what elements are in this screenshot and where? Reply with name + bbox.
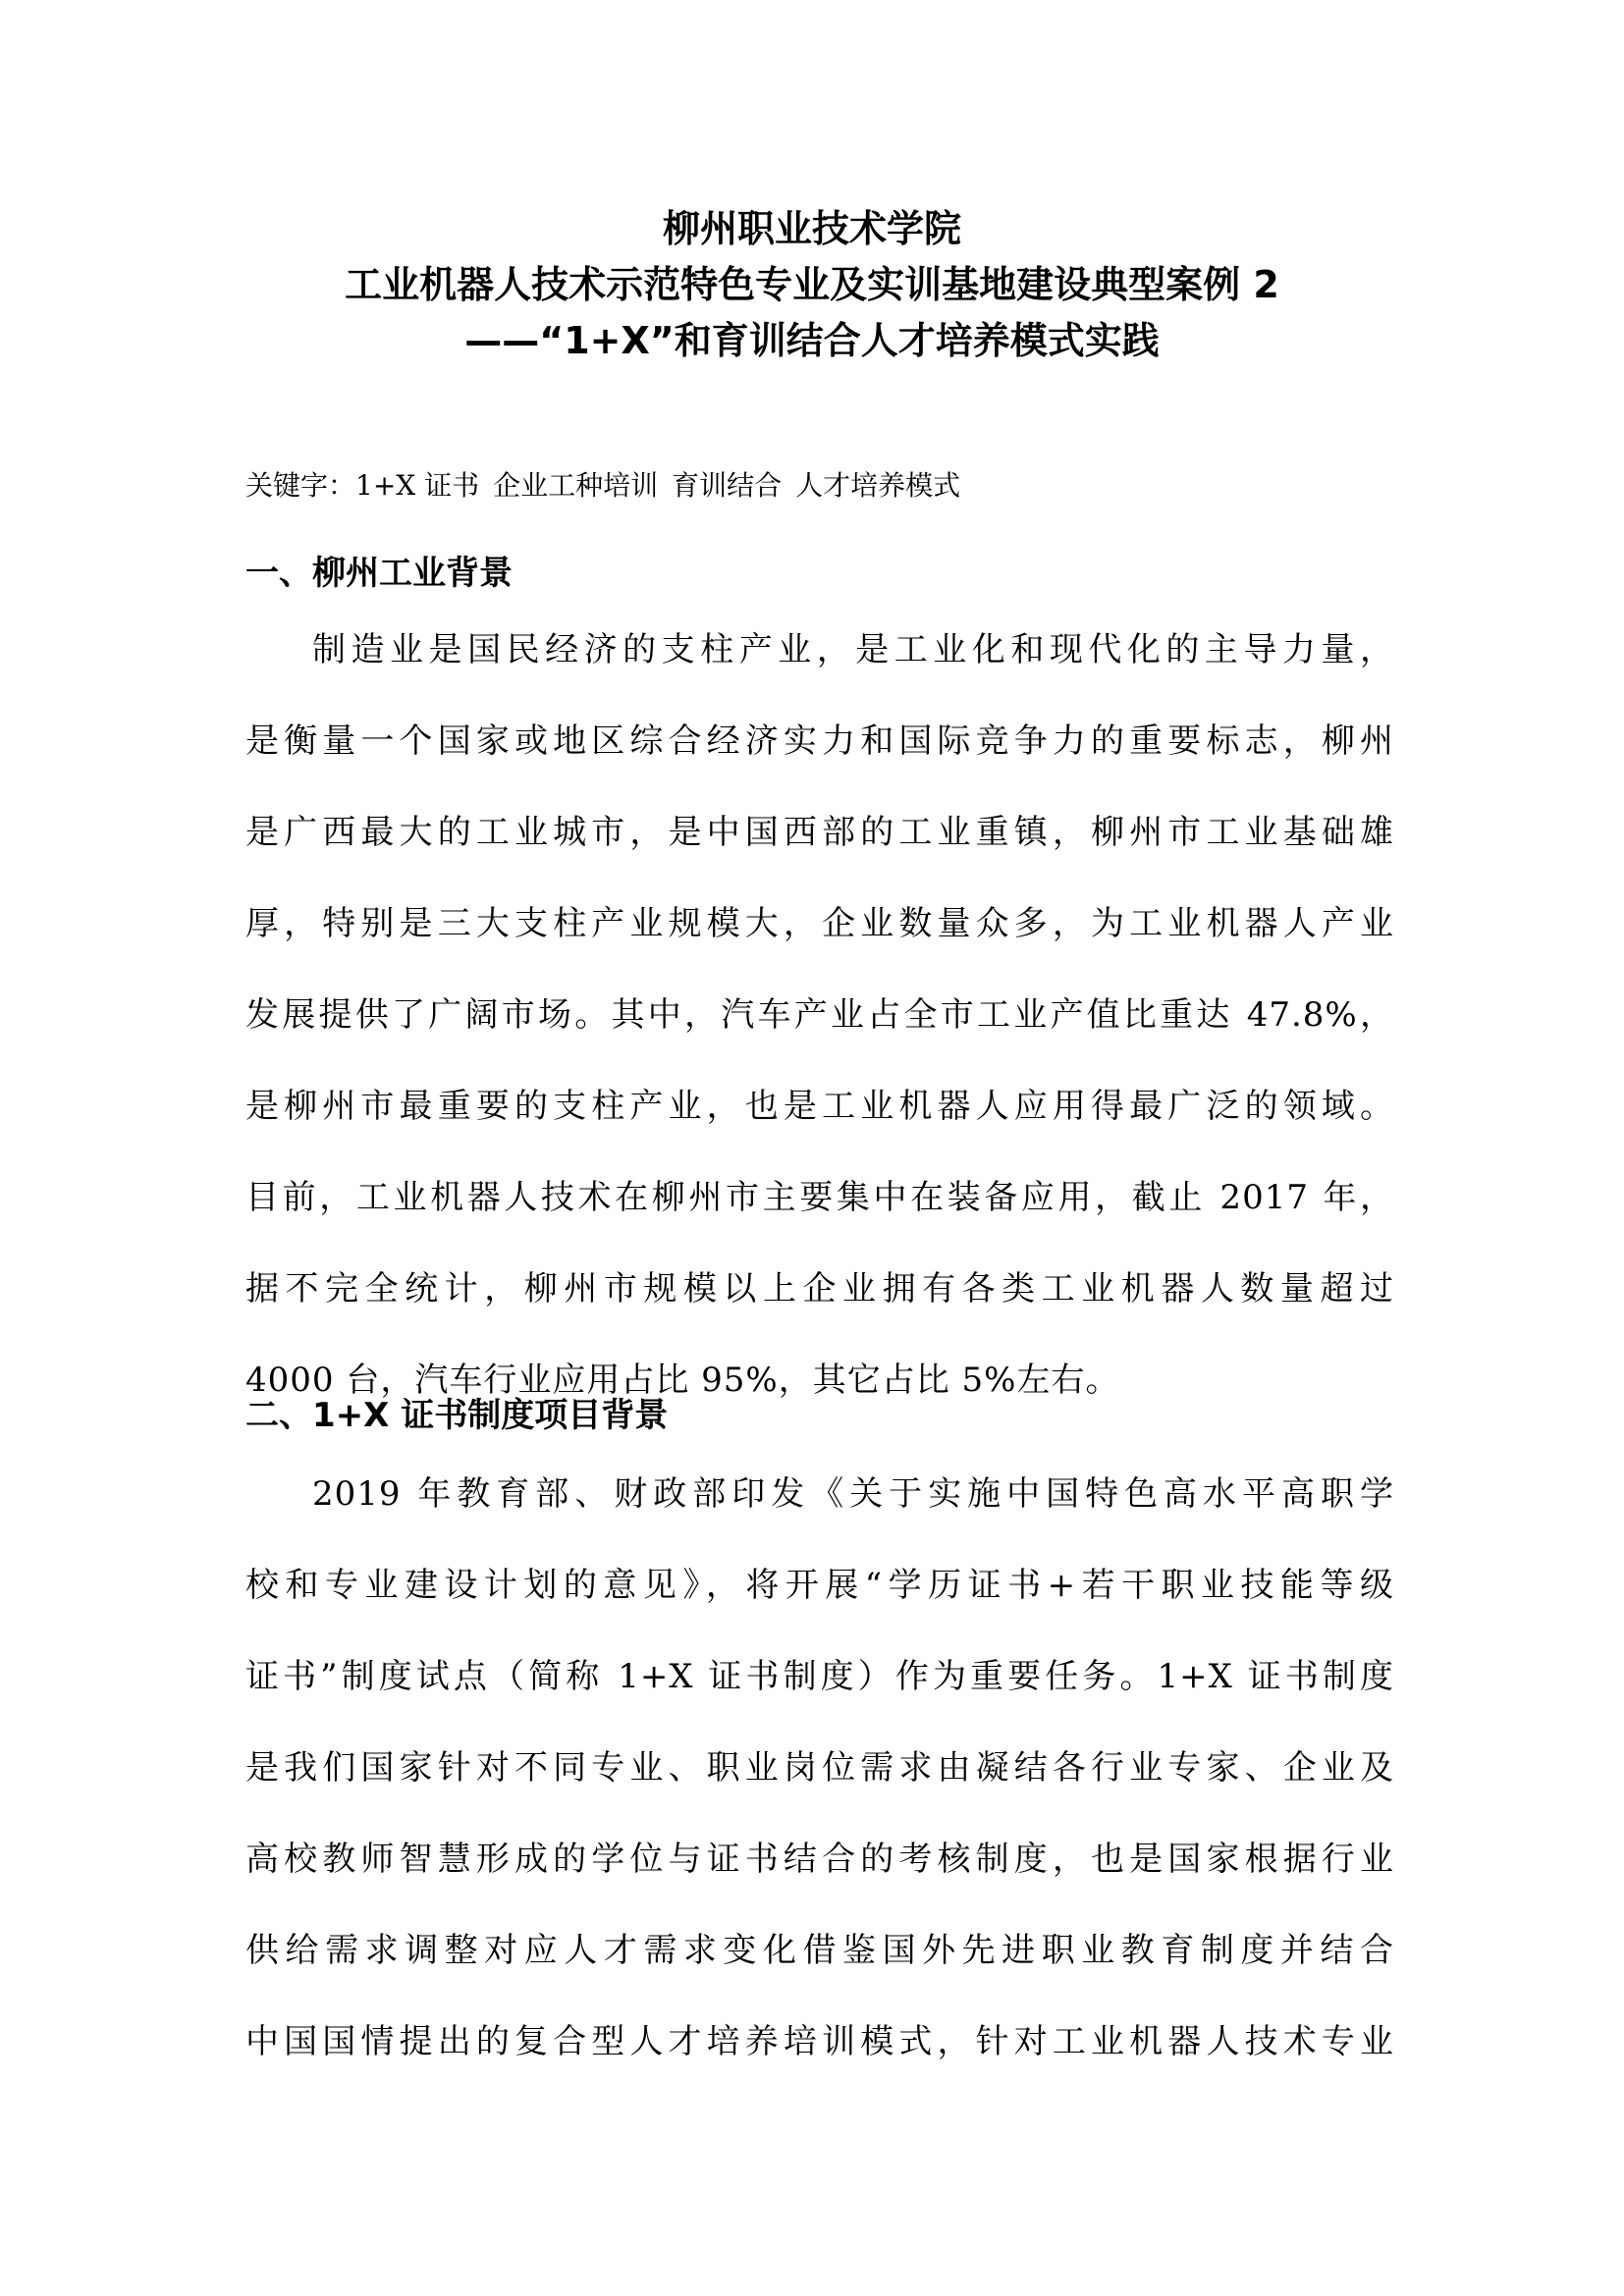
document-page: 柳州职业技术学院 工业机器人技术示范特色专业及实训基地建设典型案例 2 ——“1… — [0, 0, 1624, 2296]
paragraph-line: 2019 年教育部、财政部印发《关于实施中国特色高水平高职学 — [245, 1469, 1394, 1561]
keyword: 人才培养模式 — [795, 469, 960, 502]
paragraph-line: 厚，特别是三大支柱产业规模大，企业数量众多，为工业机器人产业 — [245, 899, 1394, 990]
paragraph-line: 是衡量一个国家或地区综合经济实力和国际竞争力的重要标志，柳州 — [245, 717, 1394, 808]
paragraph-line: 是柳州市最重要的支柱产业，也是工业机器人应用得最广泛的领域。 — [245, 1082, 1394, 1173]
keywords-label: 关键字： — [245, 469, 355, 502]
paragraph-line: 据不完全统计，柳州市规模以上企业拥有各类工业机器人数量超过 — [245, 1264, 1394, 1356]
paragraph-line: 是广西最大的工业城市，是中国西部的工业重镇，柳州市工业基础雄 — [245, 808, 1394, 899]
section-heading-1: 一、柳州工业背景 — [245, 552, 513, 595]
section-heading-2: 二、1+X 证书制度项目背景 — [245, 1394, 668, 1437]
title-main: 工业机器人技术示范特色专业及实训基地建设典型案例 2 — [0, 257, 1624, 313]
section-2-paragraph: 2019 年教育部、财政部印发《关于实施中国特色高水平高职学 校和专业建设计划的… — [245, 1469, 1394, 2109]
paragraph-line: 中国国情提出的复合型人才培养培训模式，针对工业机器人技术专业 — [245, 2017, 1394, 2109]
paragraph-line: 制造业是国民经济的支柱产业，是工业化和现代化的主导力量， — [245, 625, 1394, 717]
title-subtitle: ——“1+X”和育训结合人才培养模式实践 — [0, 313, 1624, 369]
paragraph-line: 目前，工业机器人技术在柳州市主要集中在装备应用，截止 2017 年， — [245, 1173, 1394, 1264]
keywords-line: 关键字：1+X 证书企业工种培训育训结合人才培养模式 — [245, 466, 974, 506]
document-title: 柳州职业技术学院 工业机器人技术示范特色专业及实训基地建设典型案例 2 ——“1… — [0, 201, 1624, 369]
section-1-paragraph: 制造业是国民经济的支柱产业，是工业化和现代化的主导力量， 是衡量一个国家或地区综… — [245, 625, 1394, 1447]
keyword: 1+X 证书 — [355, 469, 479, 502]
keyword: 育训结合 — [672, 469, 782, 502]
paragraph-line: 发展提供了广阔市场。其中，汽车产业占全市工业产值比重达 47.8%， — [245, 990, 1394, 1082]
title-institution: 柳州职业技术学院 — [0, 201, 1624, 257]
paragraph-line: 校和专业建设计划的意见》，将开展“学历证书+若干职业技能等级 — [245, 1561, 1394, 1652]
paragraph-line: 高校教师智慧形成的学位与证书结合的考核制度，也是国家根据行业 — [245, 1835, 1394, 1926]
paragraph-line: 是我们国家针对不同专业、职业岗位需求由凝结各行业专家、企业及 — [245, 1743, 1394, 1835]
paragraph-line: 证书”制度试点（简称 1+X 证书制度）作为重要任务。1+X 证书制度 — [245, 1652, 1394, 1743]
paragraph-line: 供给需求调整对应人才需求变化借鉴国外先进职业教育制度并结合 — [245, 1926, 1394, 2017]
keyword: 企业工种培训 — [493, 469, 658, 502]
